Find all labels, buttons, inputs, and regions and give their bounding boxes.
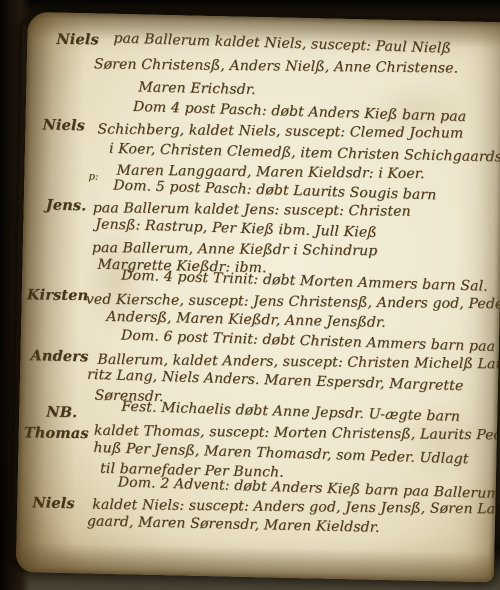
manuscript-line: kaldet Thomas, suscept: Morten Christens…: [94, 423, 500, 444]
margin-note: Jens.: [46, 196, 87, 214]
manuscript-line: Søren Christensß, Anders Nielß, Anne Chr…: [94, 56, 459, 76]
manuscript-line: Dom 4 post Pasch: døbt Anders Kieß barn …: [133, 99, 467, 125]
margin-note: Thomas: [24, 424, 89, 442]
manuscript-line: paa Ballerum kaldet Niels, suscept: Paul…: [113, 30, 451, 56]
margin-note: Kirsten: [27, 286, 89, 304]
manuscript-line: Dom. 4 post Trinit: døbt Morten Ammers b…: [121, 268, 488, 295]
manuscript-line: Jensß: Rastrup, Per Kieß ibm. Jull Kieß: [95, 216, 377, 241]
margin-note: Niels: [32, 494, 75, 512]
margin-note: Niels: [56, 31, 99, 48]
manuscript-line: Dom. 6 post Trinit: døbt Christen Ammers…: [121, 327, 496, 354]
photo-backdrop: Niels paa Ballerum kaldet Niels, suscept…: [0, 0, 500, 590]
paraph-mark: p:: [88, 171, 98, 182]
margin-note: Anders: [30, 347, 88, 365]
manuscript-line: Maren Erichsdr.: [138, 79, 256, 98]
manuscript-line: Schichberg, kaldet Niels, suscept: Cleme…: [97, 121, 463, 141]
manuscript-line: paa Ballerum, Anne Kießdr i Schindrup: [92, 240, 378, 259]
photo-bottom-strip: [0, 582, 500, 590]
manuscript-line: Fest. Michaelis døbt Anne Jepsdr. U-ægte…: [121, 399, 460, 425]
manuscript-line: gaard, Maren Sørensdr, Maren Kieldsdr.: [87, 513, 380, 535]
margin-note: NB.: [46, 403, 77, 421]
ink-layer: Niels paa Ballerum kaldet Niels, suscept…: [16, 12, 500, 582]
margin-note: Niels: [42, 116, 85, 134]
manuscript-line: i Koer, Christen Clemedß, item Christen …: [109, 141, 500, 166]
manuscript-page: Niels paa Ballerum kaldet Niels, suscept…: [16, 12, 500, 582]
